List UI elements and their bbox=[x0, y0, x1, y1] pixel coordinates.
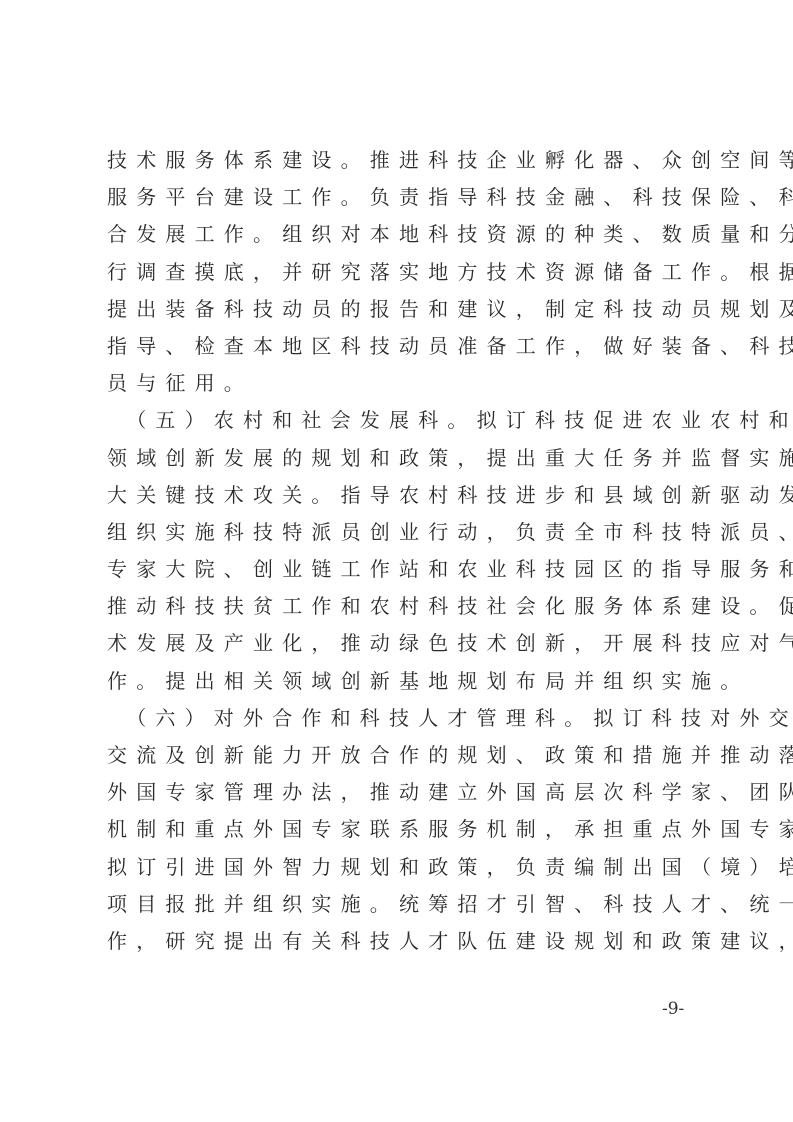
text-line: 作，研究提出有关科技人才队伍建设规划和政策建议，承担相关 bbox=[107, 923, 707, 960]
text-line: 组织实施科技特派员创业行动，负责全市科技特派员、农业科技 bbox=[107, 514, 707, 551]
text-line: 指导、检查本地区科技动员准备工作，做好装备、科技潜力的动 bbox=[107, 328, 707, 365]
text-line: 技术服务体系建设。推进科技企业孵化器、众创空间等科技创新 bbox=[107, 142, 707, 179]
text-line: 行调查摸底，并研究落实地方技术资源储备工作。根据上级要求， bbox=[107, 254, 707, 291]
text-line: 作。提出相关领域创新基地规划布局并组织实施。 bbox=[107, 663, 707, 700]
paragraph-foreign-cooperation-talent: （六）对外合作和科技人才管理科。拟订科技对外交往、科技 交流及创新能力开放合作的… bbox=[107, 700, 707, 960]
section-heading-line: （六）对外合作和科技人才管理科。拟订科技对外交往、科技 bbox=[107, 700, 707, 737]
text-line: 外国专家管理办法，推动建立外国高层次科学家、团队吸引集聚 bbox=[107, 774, 707, 811]
text-line: 术发展及产业化，推动绿色技术创新，开展科技应对气候变化工 bbox=[107, 625, 707, 662]
body-text: 技术服务体系建设。推进科技企业孵化器、众创空间等科技创新 服务平台建设工作。负责… bbox=[107, 142, 707, 960]
text-line: 拟订引进国外智力规划和政策，负责编制出国（境）培训计划和 bbox=[107, 849, 707, 886]
text-line: 合发展工作。组织对本地科技资源的种类、数质量和分布情况进 bbox=[107, 216, 707, 253]
text-line: 大关键技术攻关。指导农村科技进步和县域创新驱动发展工作， bbox=[107, 477, 707, 514]
text-line: 专家大院、创业链工作站和农业科技园区的指导服务和管理工作。 bbox=[107, 551, 707, 588]
paragraph-rural-social-development: （五）农村和社会发展科。拟订科技促进农业农村和社会发展 领域创新发展的规划和政策… bbox=[107, 402, 707, 700]
section-heading-line: （五）农村和社会发展科。拟订科技促进农业农村和社会发展 bbox=[107, 402, 707, 439]
text-line: 领域创新发展的规划和政策，提出重大任务并监督实施，推动重 bbox=[107, 440, 707, 477]
text-line: 推动科技扶贫工作和农村科技社会化服务体系建设。促进生物技 bbox=[107, 588, 707, 625]
text-line: 交流及创新能力开放合作的规划、政策和措施并推动落实。拟订 bbox=[107, 737, 707, 774]
paragraph-tech-services: 技术服务体系建设。推进科技企业孵化器、众创空间等科技创新 服务平台建设工作。负责… bbox=[107, 142, 707, 402]
page-number: -9- bbox=[662, 999, 684, 1019]
document-page: 技术服务体系建设。推进科技企业孵化器、众创空间等科技创新 服务平台建设工作。负责… bbox=[0, 0, 793, 1122]
text-line: 服务平台建设工作。负责指导科技金融、科技保险、科技军民融 bbox=[107, 179, 707, 216]
text-line: 机制和重点外国专家联系服务机制，承担重点外国专家服务工作。 bbox=[107, 811, 707, 848]
text-line: 项目报批并组织实施。统筹招才引智、科技人才、统一战线等工 bbox=[107, 886, 707, 923]
text-line: 员与征用。 bbox=[107, 365, 707, 402]
text-line: 提出装备科技动员的报告和建议，制定科技动员规划及实施预案。 bbox=[107, 291, 707, 328]
